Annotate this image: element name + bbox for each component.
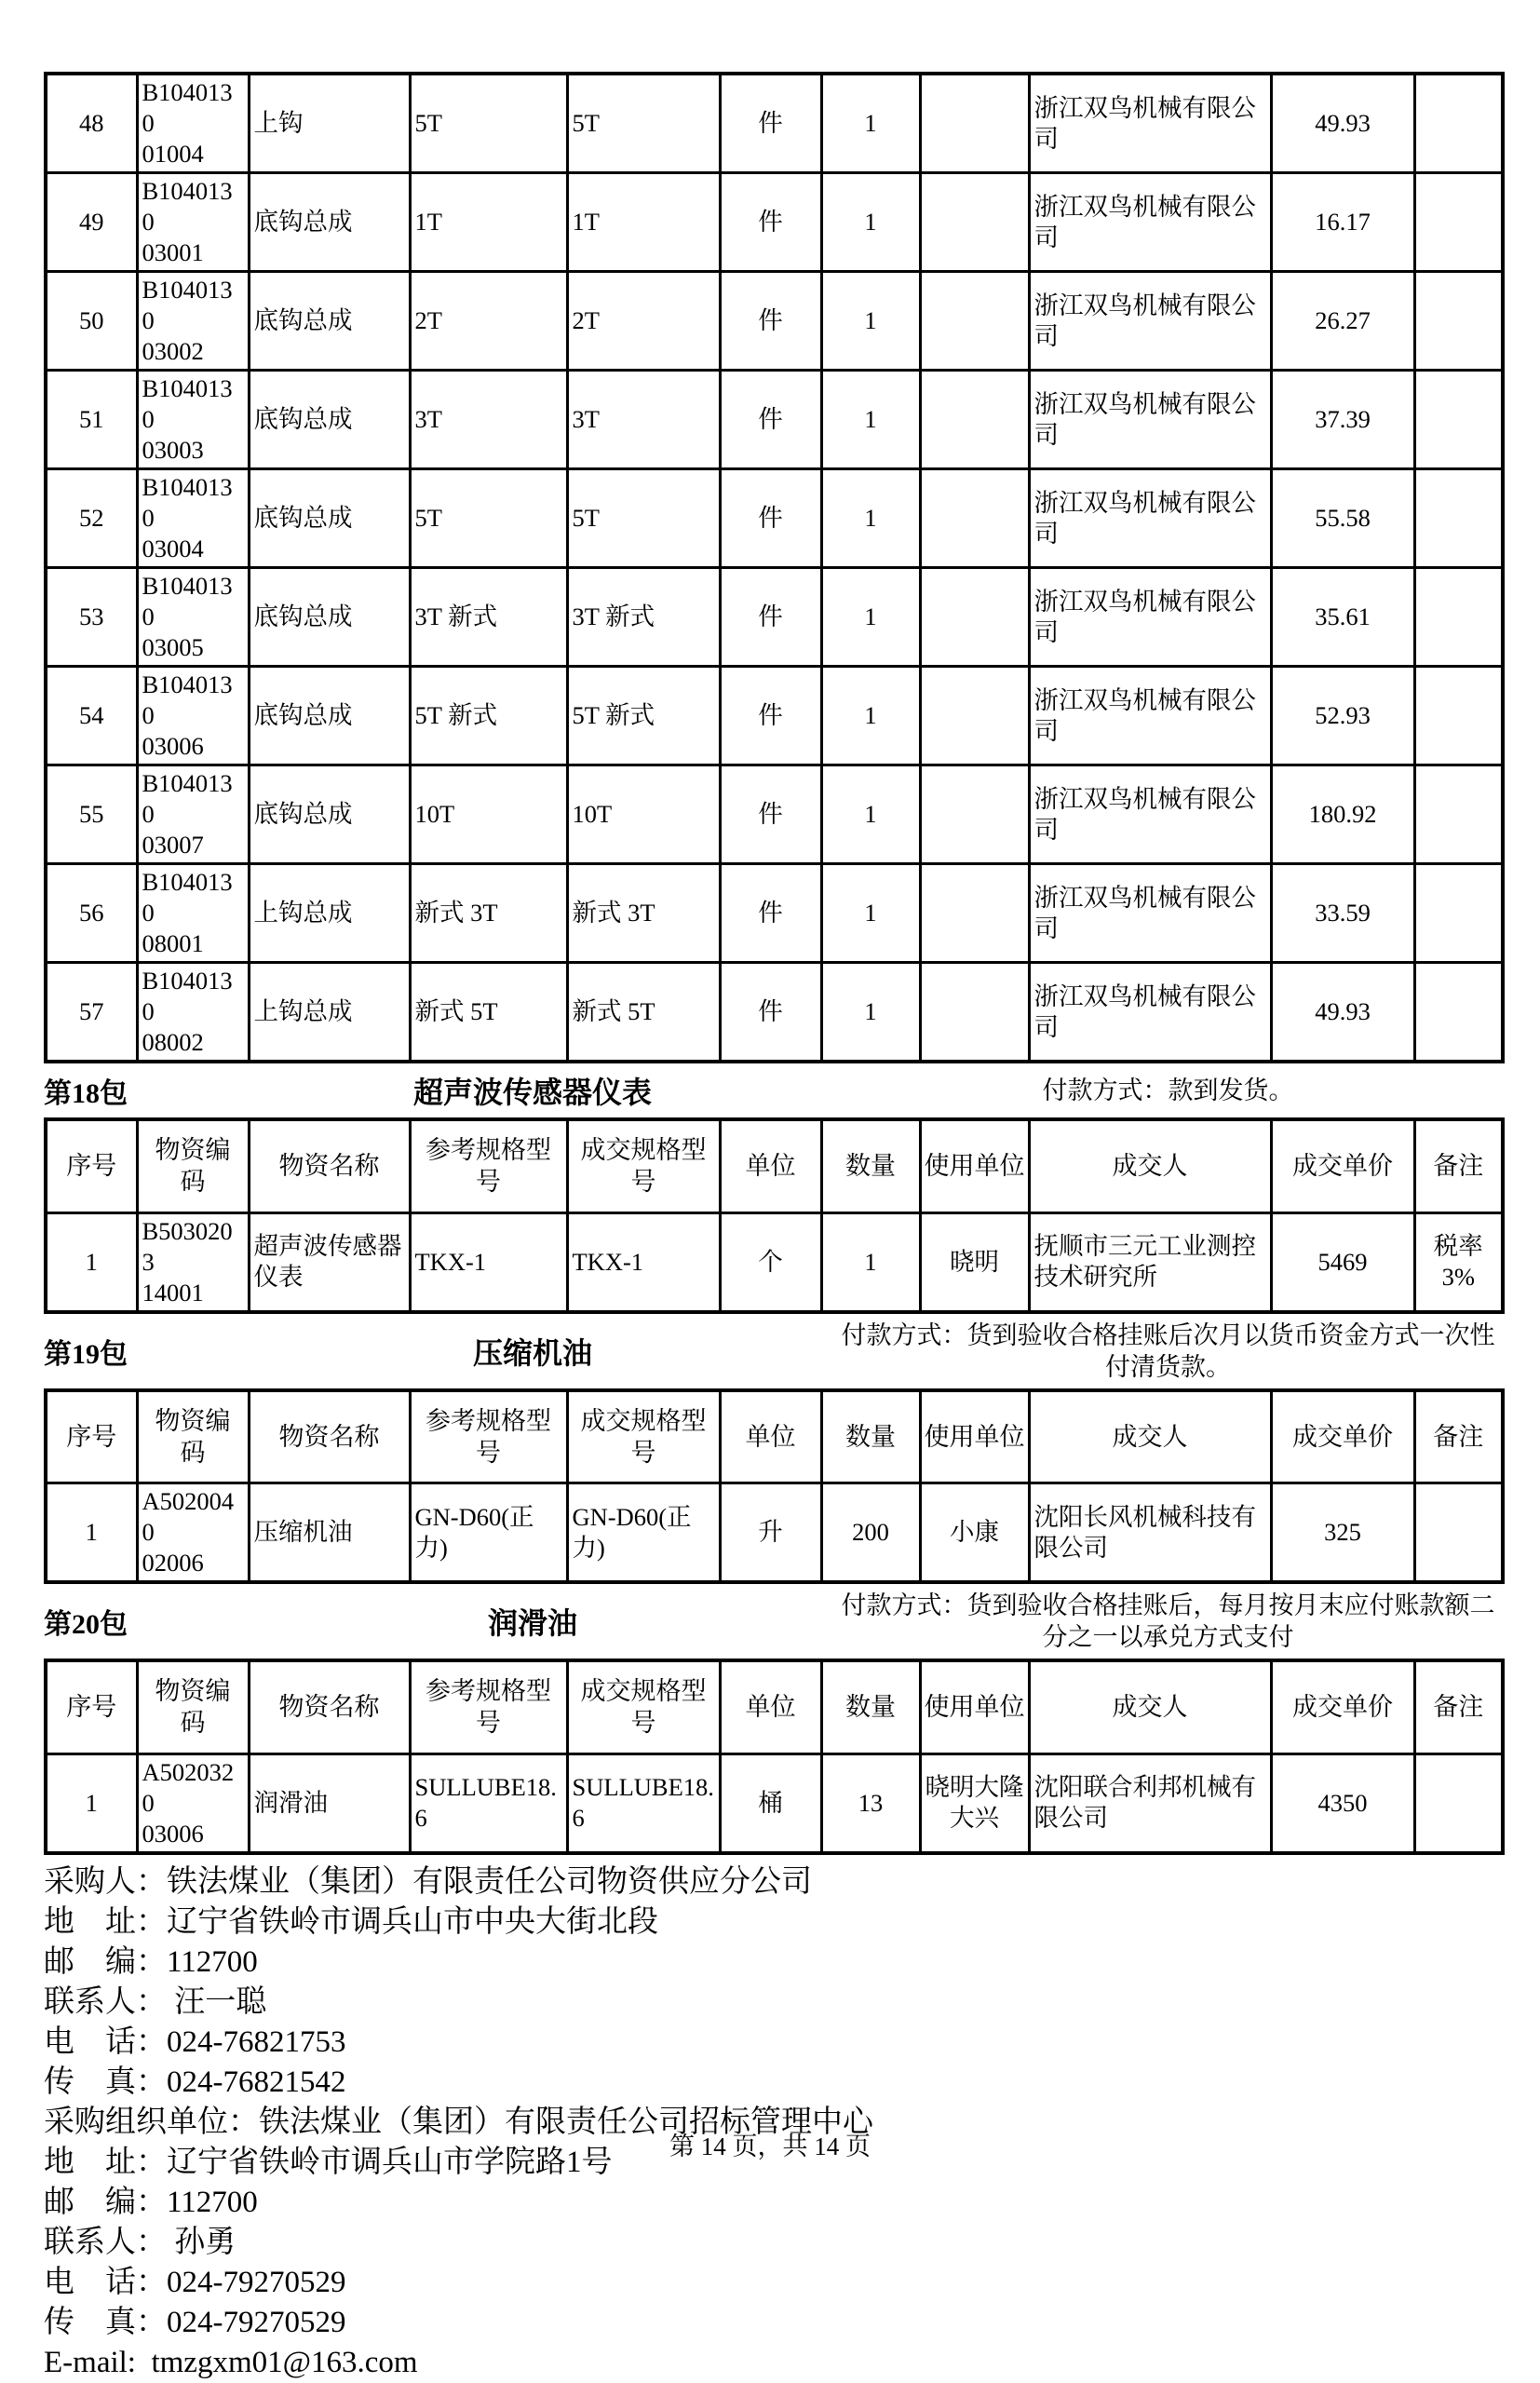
contact-line: 联系人： 汪一聪	[44, 1983, 1501, 2023]
cell-unit: 件	[720, 667, 821, 765]
cell-seller: 沈阳长风机械科技有限公司	[1029, 1483, 1271, 1583]
cell-material-name: 底钩总成	[249, 173, 410, 272]
cell-seq: 54	[46, 667, 137, 765]
cell-deal-spec: 新式 5T	[567, 963, 720, 1063]
cell-qty: 1	[821, 765, 920, 864]
cell-qty: 1	[821, 864, 920, 963]
cell-seller: 浙江双鸟机械有限公司	[1029, 568, 1271, 667]
cell-seq: 50	[46, 272, 137, 371]
cell-qty: 1	[821, 469, 920, 568]
header-cell: 成交人	[1029, 1660, 1271, 1753]
cell-qty: 1	[821, 74, 920, 173]
cell-remark	[1414, 765, 1503, 864]
cell-seq: 57	[46, 963, 137, 1063]
cell-unit-price: 52.93	[1271, 667, 1414, 765]
cell-qty: 200	[821, 1483, 920, 1583]
cell-qty: 1	[821, 667, 920, 765]
table-row: 1 B5030203 14001 超声波传感器仪表 TKX-1 TKX-1 个 …	[46, 1212, 1503, 1312]
pkg20-table: 序号物资编 码物资名称参考规格型 号成交规格型 号单位数量使用单位成交人成交单价…	[44, 1659, 1505, 1855]
cell-material-name: 底钩总成	[249, 469, 410, 568]
cell-user-unit: 晓明大隆 大兴	[920, 1753, 1029, 1853]
cell-deal-spec: 10T	[567, 765, 720, 864]
cell-material-code: B1040130 03003	[137, 371, 249, 469]
cell-unit: 件	[720, 864, 821, 963]
table-row: 56 B1040130 08001 上钩总成 新式 3T 新式 3T 件 1 浙…	[46, 864, 1503, 963]
contact-line: 传 真：024-76821542	[44, 2063, 1501, 2103]
header-cell: 备注	[1414, 1119, 1503, 1212]
cell-unit-price: 55.58	[1271, 469, 1414, 568]
table-row: 50 B1040130 03002 底钩总成 2T 2T 件 1 浙江双鸟机械有…	[46, 272, 1503, 371]
cell-unit: 件	[720, 963, 821, 1063]
header-cell: 单位	[720, 1390, 821, 1483]
cell-seq: 1	[46, 1483, 137, 1583]
cell-qty: 13	[821, 1753, 920, 1853]
cell-unit: 件	[720, 371, 821, 469]
cell-unit-price: 180.92	[1271, 765, 1414, 864]
cell-unit: 件	[720, 568, 821, 667]
header-cell: 成交规格型 号	[567, 1119, 720, 1212]
cell-material-code: B1040130 03006	[137, 667, 249, 765]
cell-ref-spec: 3T 新式	[410, 568, 567, 667]
header-cell: 数量	[821, 1660, 920, 1753]
contact-line: 联系人： 孙勇	[44, 2223, 1501, 2263]
cell-seller: 浙江双鸟机械有限公司	[1029, 272, 1271, 371]
cell-ref-spec: 3T	[410, 371, 567, 469]
cell-remark	[1414, 173, 1503, 272]
table-header-row: 序号物资编 码物资名称参考规格型 号成交规格型 号单位数量使用单位成交人成交单价…	[46, 1660, 1503, 1753]
cell-unit: 个	[720, 1212, 821, 1312]
cell-unit: 升	[720, 1483, 821, 1583]
cell-material-name: 底钩总成	[249, 765, 410, 864]
contact-line: 邮 编：112700	[44, 2183, 1501, 2223]
cell-unit-price: 26.27	[1271, 272, 1414, 371]
pkg18-table: 序号物资编 码物资名称参考规格型 号成交规格型 号单位数量使用单位成交人成交单价…	[44, 1117, 1505, 1314]
cell-user-unit	[920, 864, 1029, 963]
table-row: 52 B1040130 03004 底钩总成 5T 5T 件 1 浙江双鸟机械有…	[46, 469, 1503, 568]
table-row: 48 B1040130 01004 上钩 5T 5T 件 1 浙江双鸟机械有限公…	[46, 74, 1503, 173]
cell-seq: 51	[46, 371, 137, 469]
header-cell: 物资名称	[249, 1390, 410, 1483]
cell-seller: 浙江双鸟机械有限公司	[1029, 74, 1271, 173]
header-cell: 成交规格型 号	[567, 1660, 720, 1753]
cell-qty: 1	[821, 1212, 920, 1312]
header-cell: 序号	[46, 1119, 137, 1212]
header-cell: 参考规格型 号	[410, 1660, 567, 1753]
cell-material-code: B1040130 01004	[137, 74, 249, 173]
cell-material-code: B5030203 14001	[137, 1212, 249, 1312]
table-row: 55 B1040130 03007 底钩总成 10T 10T 件 1 浙江双鸟机…	[46, 765, 1503, 864]
cell-unit: 件	[720, 272, 821, 371]
cell-deal-spec: SULLUBE18.6	[567, 1753, 720, 1853]
cell-unit-price: 5469	[1271, 1212, 1414, 1312]
header-cell: 序号	[46, 1660, 137, 1753]
cell-material-code: B1040130 08001	[137, 864, 249, 963]
cell-remark: 税率3%	[1414, 1212, 1503, 1312]
cell-qty: 1	[821, 272, 920, 371]
header-cell: 单位	[720, 1119, 821, 1212]
cell-seq: 53	[46, 568, 137, 667]
cell-seq: 52	[46, 469, 137, 568]
cell-unit: 件	[720, 173, 821, 272]
cell-ref-spec: GN-D60(正 力)	[410, 1483, 567, 1583]
cell-unit: 桶	[720, 1753, 821, 1853]
header-cell: 物资编 码	[137, 1390, 249, 1483]
header-cell: 成交单价	[1271, 1660, 1414, 1753]
cell-user-unit	[920, 963, 1029, 1063]
cell-material-name: 上钩	[249, 74, 410, 173]
cell-seq: 49	[46, 173, 137, 272]
cell-material-name: 上钩总成	[249, 864, 410, 963]
cell-seq: 1	[46, 1212, 137, 1312]
cell-material-name: 上钩总成	[249, 963, 410, 1063]
cell-user-unit	[920, 568, 1029, 667]
cell-deal-spec: 5T	[567, 469, 720, 568]
cell-remark	[1414, 371, 1503, 469]
cell-material-name: 润滑油	[249, 1753, 410, 1853]
contact-line: 传 真：024-79270529	[44, 2303, 1501, 2343]
cell-remark	[1414, 963, 1503, 1063]
cell-seller: 浙江双鸟机械有限公司	[1029, 469, 1271, 568]
header-cell: 数量	[821, 1390, 920, 1483]
section-title: 超声波传感器仪表	[230, 1069, 835, 1112]
contact-line: 邮 编：112700	[44, 1943, 1501, 1983]
header-cell: 物资编 码	[137, 1119, 249, 1212]
cell-deal-spec: TKX-1	[567, 1212, 720, 1312]
cell-user-unit	[920, 272, 1029, 371]
cell-material-name: 底钩总成	[249, 272, 410, 371]
cell-remark	[1414, 1753, 1503, 1853]
package-label: 第19包	[44, 1331, 230, 1372]
cell-deal-spec: 5T 新式	[567, 667, 720, 765]
cell-material-name: 超声波传感器仪表	[249, 1212, 410, 1312]
cell-ref-spec: TKX-1	[410, 1212, 567, 1312]
section-header-pkg18: 第18包 超声波传感器仪表 付款方式：款到发货。	[44, 1069, 1501, 1112]
payment-terms: 付款方式：货到验收合格挂账后，每月按月末应付账款额二 分之一以承兑方式支付	[835, 1590, 1501, 1653]
cell-seller: 浙江双鸟机械有限公司	[1029, 963, 1271, 1063]
cell-unit-price: 49.93	[1271, 74, 1414, 173]
cell-user-unit	[920, 469, 1029, 568]
header-cell: 使用单位	[920, 1119, 1029, 1212]
payment-terms: 付款方式：货到验收合格挂账后次月以货币资金方式一次性 付清货款。	[835, 1320, 1501, 1383]
header-cell: 成交单价	[1271, 1119, 1414, 1212]
cell-unit: 件	[720, 469, 821, 568]
cell-unit: 件	[720, 765, 821, 864]
cell-unit-price: 37.39	[1271, 371, 1414, 469]
section-title: 润滑油	[230, 1600, 835, 1643]
cell-material-name: 底钩总成	[249, 667, 410, 765]
cell-material-code: A5020040 02006	[137, 1483, 249, 1583]
package-label: 第20包	[44, 1601, 230, 1642]
cell-deal-spec: 5T	[567, 74, 720, 173]
cell-remark	[1414, 1483, 1503, 1583]
contact-line: 电 话：024-79270529	[44, 2263, 1501, 2303]
cell-material-code: B1040130 03001	[137, 173, 249, 272]
cell-ref-spec: 新式 3T	[410, 864, 567, 963]
cell-user-unit	[920, 74, 1029, 173]
cell-material-name: 底钩总成	[249, 371, 410, 469]
contact-line: 采购人：铁法煤业（集团）有限责任公司物资供应分公司	[44, 1862, 1501, 1902]
header-cell: 参考规格型 号	[410, 1390, 567, 1483]
cell-remark	[1414, 469, 1503, 568]
cell-seq: 55	[46, 765, 137, 864]
cell-material-code: B1040130 08002	[137, 963, 249, 1063]
pkg19-table: 序号物资编 码物资名称参考规格型 号成交规格型 号单位数量使用单位成交人成交单价…	[44, 1388, 1505, 1585]
cell-material-name: 底钩总成	[249, 568, 410, 667]
header-cell: 备注	[1414, 1660, 1503, 1753]
header-cell: 单位	[720, 1660, 821, 1753]
cell-user-unit: 晓明	[920, 1212, 1029, 1312]
table-row: 53 B1040130 03005 底钩总成 3T 新式 3T 新式 件 1 浙…	[46, 568, 1503, 667]
cell-ref-spec: 2T	[410, 272, 567, 371]
cell-material-code: B1040130 03005	[137, 568, 249, 667]
cell-seller: 浙江双鸟机械有限公司	[1029, 864, 1271, 963]
document-page: 48 B1040130 01004 上钩 5T 5T 件 1 浙江双鸟机械有限公…	[0, 0, 1540, 2383]
cell-ref-spec: 5T	[410, 469, 567, 568]
header-cell: 物资名称	[249, 1119, 410, 1212]
table-row: 57 B1040130 08002 上钩总成 新式 5T 新式 5T 件 1 浙…	[46, 963, 1503, 1063]
cell-deal-spec: 3T 新式	[567, 568, 720, 667]
continuation-results-table: 48 B1040130 01004 上钩 5T 5T 件 1 浙江双鸟机械有限公…	[44, 72, 1505, 1063]
page-number: 第 14 页，共 14 页	[0, 2126, 1540, 2162]
cell-qty: 1	[821, 568, 920, 667]
table-header-row: 序号物资编 码物资名称参考规格型 号成交规格型 号单位数量使用单位成交人成交单价…	[46, 1390, 1503, 1483]
contact-line: E-mail: tmzgxm01@163.com	[44, 2343, 1501, 2383]
cell-seller: 沈阳联合利邦机械有限公司	[1029, 1753, 1271, 1853]
cell-seller: 浙江双鸟机械有限公司	[1029, 173, 1271, 272]
payment-terms: 付款方式：款到发货。	[835, 1075, 1501, 1106]
header-cell: 物资名称	[249, 1660, 410, 1753]
cell-material-code: B1040130 03004	[137, 469, 249, 568]
header-cell: 成交人	[1029, 1390, 1271, 1483]
cell-seller: 浙江双鸟机械有限公司	[1029, 667, 1271, 765]
cell-user-unit: 小康	[920, 1483, 1029, 1583]
cell-remark	[1414, 568, 1503, 667]
header-cell: 备注	[1414, 1390, 1503, 1483]
cell-seq: 56	[46, 864, 137, 963]
cell-user-unit	[920, 765, 1029, 864]
cell-ref-spec: 1T	[410, 173, 567, 272]
cell-unit-price: 16.17	[1271, 173, 1414, 272]
cell-qty: 1	[821, 963, 920, 1063]
cell-deal-spec: 新式 3T	[567, 864, 720, 963]
section-header-pkg19: 第19包 压缩机油 付款方式：货到验收合格挂账后次月以货币资金方式一次性 付清货…	[44, 1320, 1501, 1383]
table-row: 1 A5020320 03006 润滑油 SULLUBE18.6 SULLUBE…	[46, 1753, 1503, 1853]
cell-unit: 件	[720, 74, 821, 173]
cell-ref-spec: 新式 5T	[410, 963, 567, 1063]
continuation-table-body: 48 B1040130 01004 上钩 5T 5T 件 1 浙江双鸟机械有限公…	[46, 74, 1503, 1062]
cell-user-unit	[920, 667, 1029, 765]
cell-unit-price: 325	[1271, 1483, 1414, 1583]
cell-remark	[1414, 272, 1503, 371]
cell-qty: 1	[821, 371, 920, 469]
cell-qty: 1	[821, 173, 920, 272]
header-cell: 成交规格型 号	[567, 1390, 720, 1483]
header-cell: 使用单位	[920, 1390, 1029, 1483]
table-row: 51 B1040130 03003 底钩总成 3T 3T 件 1 浙江双鸟机械有…	[46, 371, 1503, 469]
header-cell: 物资编 码	[137, 1660, 249, 1753]
cell-seller: 浙江双鸟机械有限公司	[1029, 371, 1271, 469]
table-row: 54 B1040130 03006 底钩总成 5T 新式 5T 新式 件 1 浙…	[46, 667, 1503, 765]
cell-user-unit	[920, 371, 1029, 469]
cell-deal-spec: 2T	[567, 272, 720, 371]
header-cell: 序号	[46, 1390, 137, 1483]
cell-seq: 1	[46, 1753, 137, 1853]
table-row: 1 A5020040 02006 压缩机油 GN-D60(正 力) GN-D60…	[46, 1483, 1503, 1583]
table-header-row: 序号物资编 码物资名称参考规格型 号成交规格型 号单位数量使用单位成交人成交单价…	[46, 1119, 1503, 1212]
section-title: 压缩机油	[230, 1330, 835, 1373]
cell-remark	[1414, 74, 1503, 173]
cell-material-code: A5020320 03006	[137, 1753, 249, 1853]
contact-line: 电 话：024-76821753	[44, 2023, 1501, 2063]
cell-seller: 浙江双鸟机械有限公司	[1029, 765, 1271, 864]
contact-info: 采购人：铁法煤业（集团）有限责任公司物资供应分公司 地 址：辽宁省铁岭市调兵山市…	[44, 1862, 1501, 2383]
cell-unit-price: 4350	[1271, 1753, 1414, 1853]
cell-seller: 抚顺市三元工业测控技术研究所	[1029, 1212, 1271, 1312]
header-cell: 数量	[821, 1119, 920, 1212]
cell-deal-spec: GN-D60(正 力)	[567, 1483, 720, 1583]
table-row: 49 B1040130 03001 底钩总成 1T 1T 件 1 浙江双鸟机械有…	[46, 173, 1503, 272]
contact-line: 地 址：辽宁省铁岭市调兵山市中央大街北段	[44, 1902, 1501, 1943]
package-label: 第18包	[44, 1070, 230, 1111]
cell-unit-price: 49.93	[1271, 963, 1414, 1063]
cell-unit-price: 33.59	[1271, 864, 1414, 963]
cell-ref-spec: 5T 新式	[410, 667, 567, 765]
cell-user-unit	[920, 173, 1029, 272]
cell-remark	[1414, 667, 1503, 765]
header-cell: 使用单位	[920, 1660, 1029, 1753]
cell-seq: 48	[46, 74, 137, 173]
cell-material-code: B1040130 03002	[137, 272, 249, 371]
header-cell: 参考规格型 号	[410, 1119, 567, 1212]
cell-ref-spec: 5T	[410, 74, 567, 173]
section-header-pkg20: 第20包 润滑油 付款方式：货到验收合格挂账后，每月按月末应付账款额二 分之一以…	[44, 1590, 1501, 1653]
header-cell: 成交人	[1029, 1119, 1271, 1212]
cell-unit-price: 35.61	[1271, 568, 1414, 667]
cell-material-name: 压缩机油	[249, 1483, 410, 1583]
cell-deal-spec: 1T	[567, 173, 720, 272]
cell-ref-spec: 10T	[410, 765, 567, 864]
header-cell: 成交单价	[1271, 1390, 1414, 1483]
cell-ref-spec: SULLUBE18.6	[410, 1753, 567, 1853]
cell-material-code: B1040130 03007	[137, 765, 249, 864]
cell-deal-spec: 3T	[567, 371, 720, 469]
cell-remark	[1414, 864, 1503, 963]
